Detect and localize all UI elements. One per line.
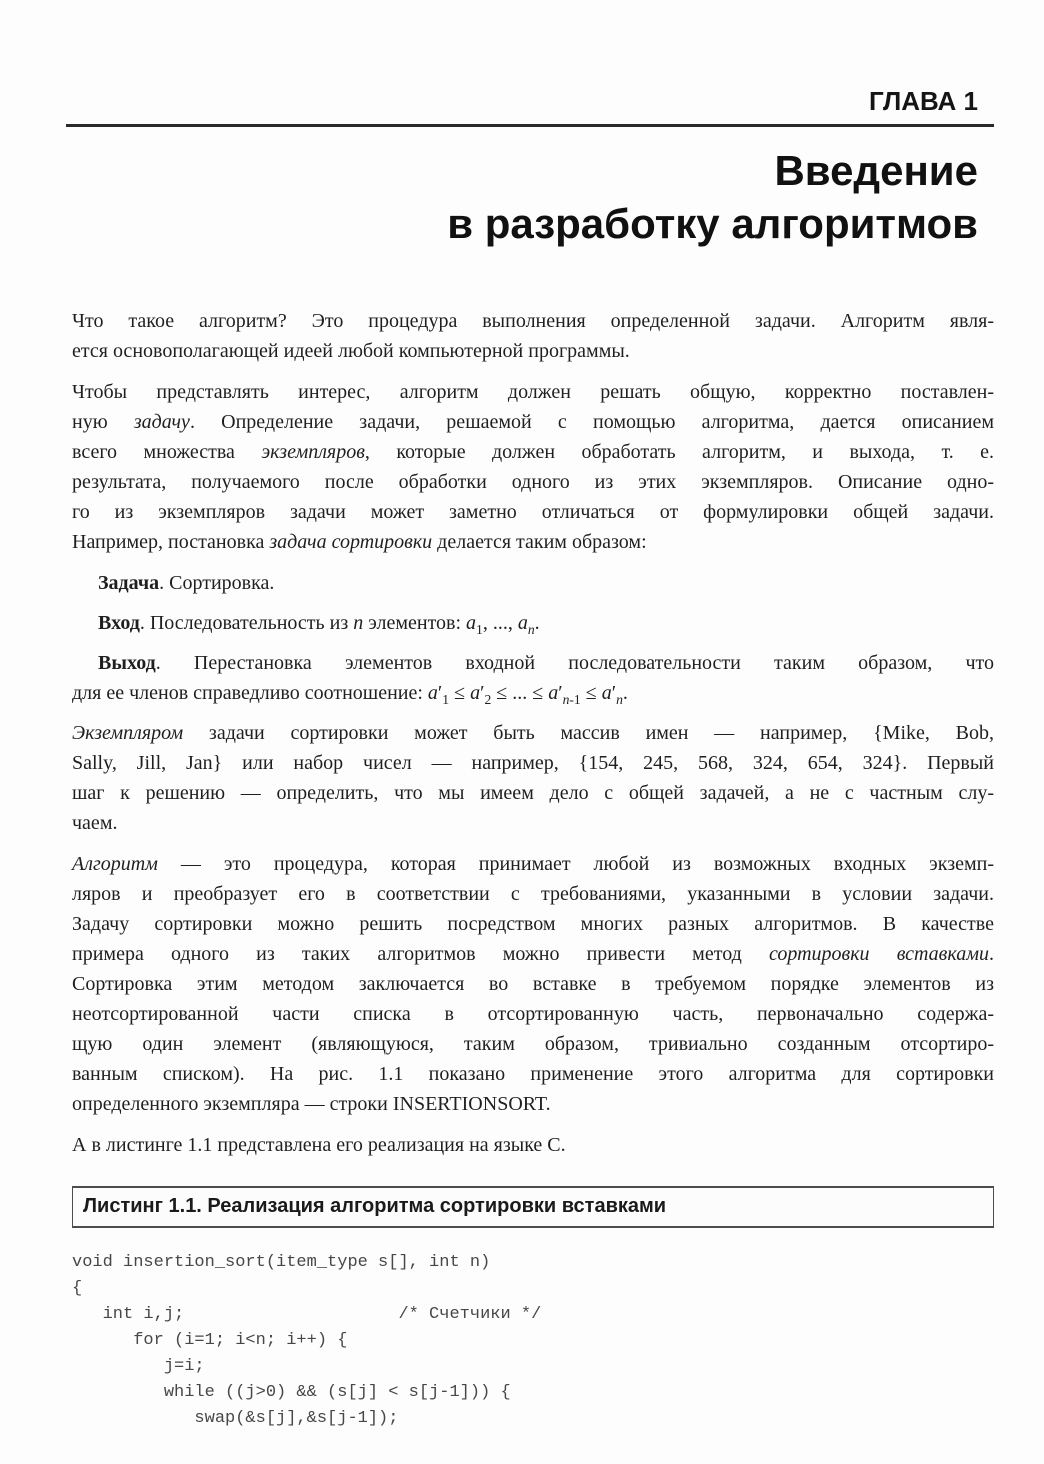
book-page: ГЛАВА 1 Введениев разработку алгоритмов …: [0, 0, 1044, 1464]
text-line: Алгоритм — это процедура, которая приним…: [72, 849, 994, 879]
page-content: ГЛАВА 1 Введениев разработку алгоритмов …: [72, 86, 994, 1432]
code-listing: Листинг 1.1. Реализация алгоритма сортир…: [72, 1186, 994, 1432]
text-line: Что такое алгоритм? Это процедура выполн…: [72, 306, 994, 336]
text-line: шаг к решению — определить, что мы имеем…: [72, 778, 994, 808]
text-line: Выход. Перестановка элементов входной по…: [72, 648, 994, 678]
text-line: всего множества экземпляров, которые дол…: [72, 437, 994, 467]
text-line: Чтобы представлять интерес, алгоритм дол…: [72, 377, 994, 407]
text-line: го из экземпляров задачи может заметно о…: [72, 497, 994, 527]
body-text: Что такое алгоритм? Это процедура выполн…: [72, 306, 994, 1160]
paragraph: Алгоритм — это процедура, которая приним…: [72, 849, 994, 1119]
text-line: Сортировка этим методом заключается во в…: [72, 969, 994, 999]
text-line: для ее членов справедливо соотношение: a…: [72, 678, 994, 708]
text-line: ную задачу. Определение задачи, решаемой…: [72, 407, 994, 437]
text-line: результата, получаемого после обработки …: [72, 467, 994, 497]
listing-caption-box: Листинг 1.1. Реализация алгоритма сортир…: [72, 1186, 994, 1228]
text-line: ется основополагающей идеей любой компью…: [72, 336, 994, 366]
definition-paragraph: Выход. Перестановка элементов входной по…: [72, 648, 994, 708]
header-rule: [66, 124, 994, 127]
text-line: Задачу сортировки можно решить посредств…: [72, 909, 994, 939]
text-line: Экземпляром задачи сортировки может быть…: [72, 718, 994, 748]
text-line: чаем.: [72, 808, 994, 838]
page-title: Введениев разработку алгоритмов: [72, 144, 994, 250]
page-title-line-2: в разработку алгоритмов: [447, 200, 978, 247]
listing-caption: Листинг 1.1. Реализация алгоритма сортир…: [83, 1195, 666, 1217]
code-block: void insertion_sort(item_type s[], int n…: [72, 1250, 994, 1432]
definition-paragraph: Задача. Сортировка.: [72, 568, 994, 598]
definition-paragraph: Вход. Последовательность из n элементов:…: [72, 608, 994, 638]
paragraph: Чтобы представлять интерес, алгоритм дол…: [72, 377, 994, 557]
text-line: щую один элемент (являющуюся, таким обра…: [72, 1029, 994, 1059]
text-line: примера одного из таких алгоритмов можно…: [72, 939, 994, 969]
text-line: определенного экземпляра — строки INSERT…: [72, 1089, 994, 1119]
text-line: Например, постановка задача сортировки д…: [72, 527, 994, 557]
paragraph: Экземпляром задачи сортировки может быть…: [72, 718, 994, 838]
text-line: ляров и преобразует его в соответствии с…: [72, 879, 994, 909]
text-line: неотсортированной части списка в отсорти…: [72, 999, 994, 1029]
chapter-label: ГЛАВА 1: [72, 86, 994, 116]
text-line: Вход. Последовательность из n элементов:…: [72, 608, 994, 638]
text-line: Sally, Jill, Jan} или набор чисел — напр…: [72, 748, 994, 778]
page-title-line-1: Введение: [774, 147, 978, 194]
paragraph: Что такое алгоритм? Это процедура выполн…: [72, 306, 994, 366]
paragraph: А в листинге 1.1 представлена его реализ…: [72, 1130, 994, 1160]
chapter-header: ГЛАВА 1 Введениев разработку алгоритмов: [72, 86, 994, 250]
text-line: Задача. Сортировка.: [72, 568, 994, 598]
text-line: ванным списком). На рис. 1.1 показано пр…: [72, 1059, 994, 1089]
text-line: А в листинге 1.1 представлена его реализ…: [72, 1130, 994, 1160]
